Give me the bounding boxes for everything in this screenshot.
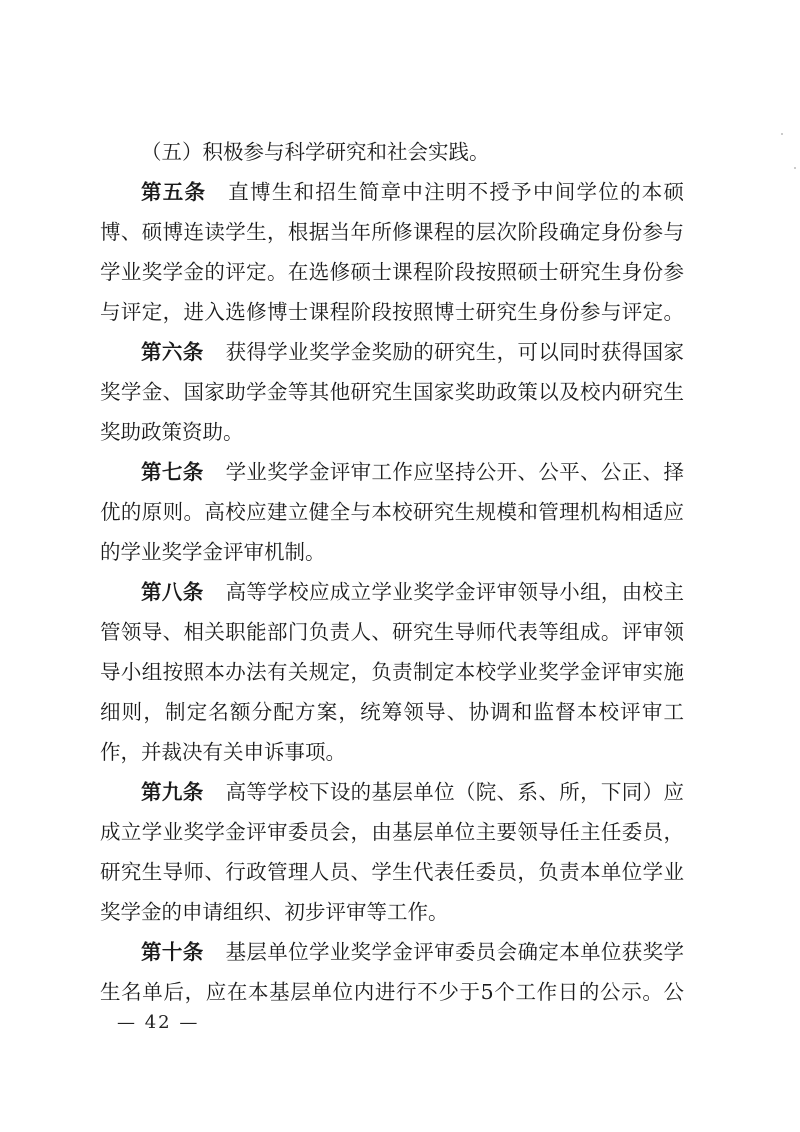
scan-speck xyxy=(794,167,796,169)
article-10-line-1: 第十条基层单位学业奖学金评审委员会确定本单位获奖学 xyxy=(100,932,684,972)
paragraph-line: 奖助政策资助。 xyxy=(100,412,684,452)
paragraph-line: 奖学金的申请组织、初步评审等工作。 xyxy=(100,892,684,932)
paragraph-line: 高等学校下设的基层单位（院、系、所，下同）应 xyxy=(226,780,684,804)
paragraph-line: 优的原则。高校应建立健全与本校研究生规模和管理机构相适应 xyxy=(100,492,684,532)
paragraph-line: （五）积极参与科学研究和社会实践。 xyxy=(141,140,490,164)
paragraph-line: 生名单后，应在本基层单位内进行不少于5个工作日的公示。公 xyxy=(100,972,684,1012)
paragraph-line: 管领导、相关职能部门负责人、研究生导师代表等组成。评审领 xyxy=(100,612,684,652)
article-heading: 第九条 xyxy=(141,780,204,804)
paragraph-line: 成立学业奖学金评审委员会，由基层单位主要领导任主任委员， xyxy=(100,812,684,852)
article-heading: 第六条 xyxy=(141,340,204,364)
scan-speck xyxy=(781,133,783,135)
paragraph-line: 学业奖学金的评定。在选修硕士课程阶段按照硕士研究生身份参 xyxy=(100,252,684,292)
document-page: （五）积极参与科学研究和社会实践。 第五条直博生和招生简章中注明不授予中间学位的… xyxy=(0,0,800,1132)
paragraph-line: 基层单位学业奖学金评审委员会确定本单位获奖学 xyxy=(226,940,684,964)
paragraph-line: 导小组按照本办法有关规定，负责制定本校学业奖学金评审实施 xyxy=(100,652,684,692)
article-heading: 第十条 xyxy=(141,940,204,964)
article-7-line-1: 第七条学业奖学金评审工作应坚持公开、公平、公正、择 xyxy=(100,452,684,492)
paragraph-line: 细则，制定名额分配方案，统筹领导、协调和监督本校评审工 xyxy=(100,692,684,732)
paragraph-line: 作，并裁决有关申诉事项。 xyxy=(100,732,684,772)
paragraph-line: 获得学业奖学金奖励的研究生，可以同时获得国家 xyxy=(226,340,684,364)
article-6-line-1: 第六条获得学业奖学金奖励的研究生，可以同时获得国家 xyxy=(100,332,684,372)
paragraph-line: 学业奖学金评审工作应坚持公开、公平、公正、择 xyxy=(226,460,684,484)
paragraph-line: 奖学金、国家助学金等其他研究生国家奖助政策以及校内研究生 xyxy=(100,372,684,412)
article-5-line-1: 第五条直博生和招生简章中注明不授予中间学位的本硕 xyxy=(100,172,684,212)
paragraph-line: 直博生和招生简章中注明不授予中间学位的本硕 xyxy=(228,180,684,204)
article-8-line-1: 第八条高等学校应成立学业奖学金评审领导小组，由校主 xyxy=(100,572,684,612)
article-heading: 第五条 xyxy=(141,180,206,204)
list-item-5: （五）积极参与科学研究和社会实践。 xyxy=(100,132,684,172)
paragraph-line: 高等学校应成立学业奖学金评审领导小组，由校主 xyxy=(226,580,684,604)
article-heading: 第七条 xyxy=(141,460,204,484)
article-9-line-1: 第九条高等学校下设的基层单位（院、系、所，下同）应 xyxy=(100,772,684,812)
paragraph-line: 研究生导师、行政管理人员、学生代表任委员，负责本单位学业 xyxy=(100,852,684,892)
document-body: （五）积极参与科学研究和社会实践。 第五条直博生和招生简章中注明不授予中间学位的… xyxy=(100,132,684,1012)
paragraph-line: 的学业奖学金评审机制。 xyxy=(100,532,684,572)
article-heading: 第八条 xyxy=(141,580,204,604)
page-number: — 42 — xyxy=(117,1010,199,1036)
paragraph-line: 博、硕博连读学生，根据当年所修课程的层次阶段确定身份参与 xyxy=(100,212,684,252)
paragraph-line: 与评定，进入选修博士课程阶段按照博士研究生身份参与评定。 xyxy=(100,292,684,332)
